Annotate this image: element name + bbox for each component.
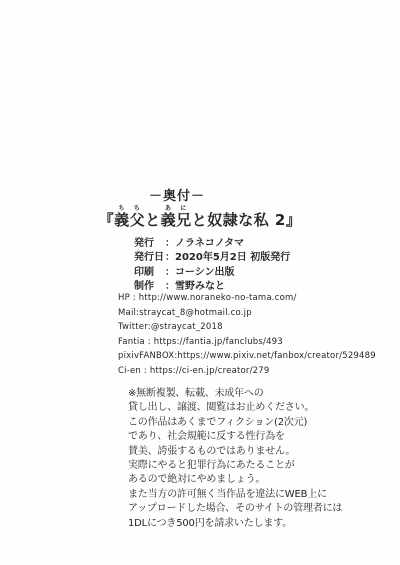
contact-value: straycat_8@hotmail.co.jp <box>139 308 252 318</box>
book-title-ruby-segment: 義兄あに <box>161 211 192 229</box>
publication-info: 発行：ノラネコノタマ発行日：2020年5月2日 初版発行印刷：コーシン出版制作：… <box>134 237 290 295</box>
publication-value: コーシン出版 <box>175 267 235 278</box>
book-title-text-segment: と奴隷な私 2』 <box>192 211 302 229</box>
publication-row: 発行：ノラネコノタマ <box>134 237 290 251</box>
publication-separator: ： <box>165 252 175 263</box>
disclaimer-line: 1DLにつき500円を請求いたします。 <box>128 517 342 531</box>
publication-row: 発行日：2020年5月2日 初版発行 <box>134 251 290 265</box>
contact-value: @straycat_2018 <box>151 322 223 332</box>
contact-separator: : <box>130 293 139 303</box>
colophon-header: －奥付－ 『義父ちちと義兄あにと奴隷な私 2』 <box>0 185 400 229</box>
contact-row: Mail:straycat_8@hotmail.co.jp <box>118 306 376 321</box>
contact-value: https://ci-en.jp/creator/279 <box>150 366 270 376</box>
book-title-text-segment: と <box>145 211 161 229</box>
contact-value: https://www.pixiv.net/fanbox/creator/529… <box>177 351 375 361</box>
disclaimer-line: アップロードした場合、そのサイトの管理者には <box>128 502 342 516</box>
publication-value: ノラネコノタマ <box>175 238 244 249</box>
book-title-base-text: 義兄 <box>161 211 192 229</box>
publication-label: 発行日 <box>134 251 165 265</box>
book-title-furigana: ちち <box>114 205 145 212</box>
disclaimer-line: であり、社会規範に反する性行為を <box>128 430 342 444</box>
publication-separator: ： <box>165 238 175 249</box>
publication-row: 印刷：コーシン出版 <box>134 266 290 280</box>
publication-label: 発行 <box>134 237 165 251</box>
contact-separator: : <box>141 366 150 376</box>
disclaimer-line: 賛美、誇張するものではありません。 <box>128 445 342 459</box>
publication-value: 2020年5月2日 初版発行 <box>175 252 290 263</box>
disclaimer-line: 貸し出し、譲渡、閲覧はお止めください。 <box>128 401 342 415</box>
book-title-base-text: 義父 <box>114 211 145 229</box>
okuzuke-page: －奥付－ 『義父ちちと義兄あにと奴隷な私 2』 発行：ノラネコノタマ発行日：20… <box>0 0 400 565</box>
contact-row: HP : http://www.noraneko-no-tama.com/ <box>118 291 376 306</box>
book-title-furigana: あに <box>161 205 192 212</box>
contact-separator: : <box>145 337 154 347</box>
contact-info: HP : http://www.noraneko-no-tama.com/Mai… <box>118 291 376 378</box>
contact-value: https://fantia.jp/fanclubs/493 <box>154 337 283 347</box>
contact-row: pixivFANBOX:https://www.pixiv.net/fanbox… <box>118 349 376 364</box>
section-title: －奥付－ <box>0 185 377 204</box>
book-title-ruby-segment: 義父ちち <box>114 211 145 229</box>
publication-label: 印刷 <box>134 266 165 280</box>
contact-row: Ci-en : https://ci-en.jp/creator/279 <box>118 364 376 379</box>
contact-value: http://www.noraneko-no-tama.com/ <box>139 293 297 303</box>
disclaimer-line: ※無断複製、転載、未成年への <box>128 387 342 401</box>
disclaimer-line: また当方の許可無く当作品を違法にWEB上に <box>128 488 342 502</box>
book-title: 『義父ちちと義兄あにと奴隷な私 2』 <box>0 205 400 229</box>
contact-row: Fantia : https://fantia.jp/fanclubs/493 <box>118 335 376 350</box>
publication-separator: ： <box>165 267 175 278</box>
disclaimer-line: 実際にやると犯罪行為にあたることが <box>128 459 342 473</box>
contact-label: Mail <box>118 308 136 318</box>
contact-row: Twitter:@straycat_2018 <box>118 320 376 335</box>
disclaimer-text: ※無断複製、転載、未成年への貸し出し、譲渡、閲覧はお止めください。この作品はあく… <box>128 387 342 531</box>
contact-label: Ci-en <box>118 366 141 376</box>
contact-label: pixivFANBOX <box>118 351 174 361</box>
disclaimer-line: この作品はあくまでフィクション(2次元) <box>128 416 342 430</box>
contact-label: Twitter <box>118 322 148 332</box>
book-title-text-segment: 『 <box>99 211 115 229</box>
contact-label: Fantia <box>118 337 145 347</box>
disclaimer-line: あるので絶対にやめましょう。 <box>128 473 342 487</box>
contact-label: HP <box>118 293 130 303</box>
